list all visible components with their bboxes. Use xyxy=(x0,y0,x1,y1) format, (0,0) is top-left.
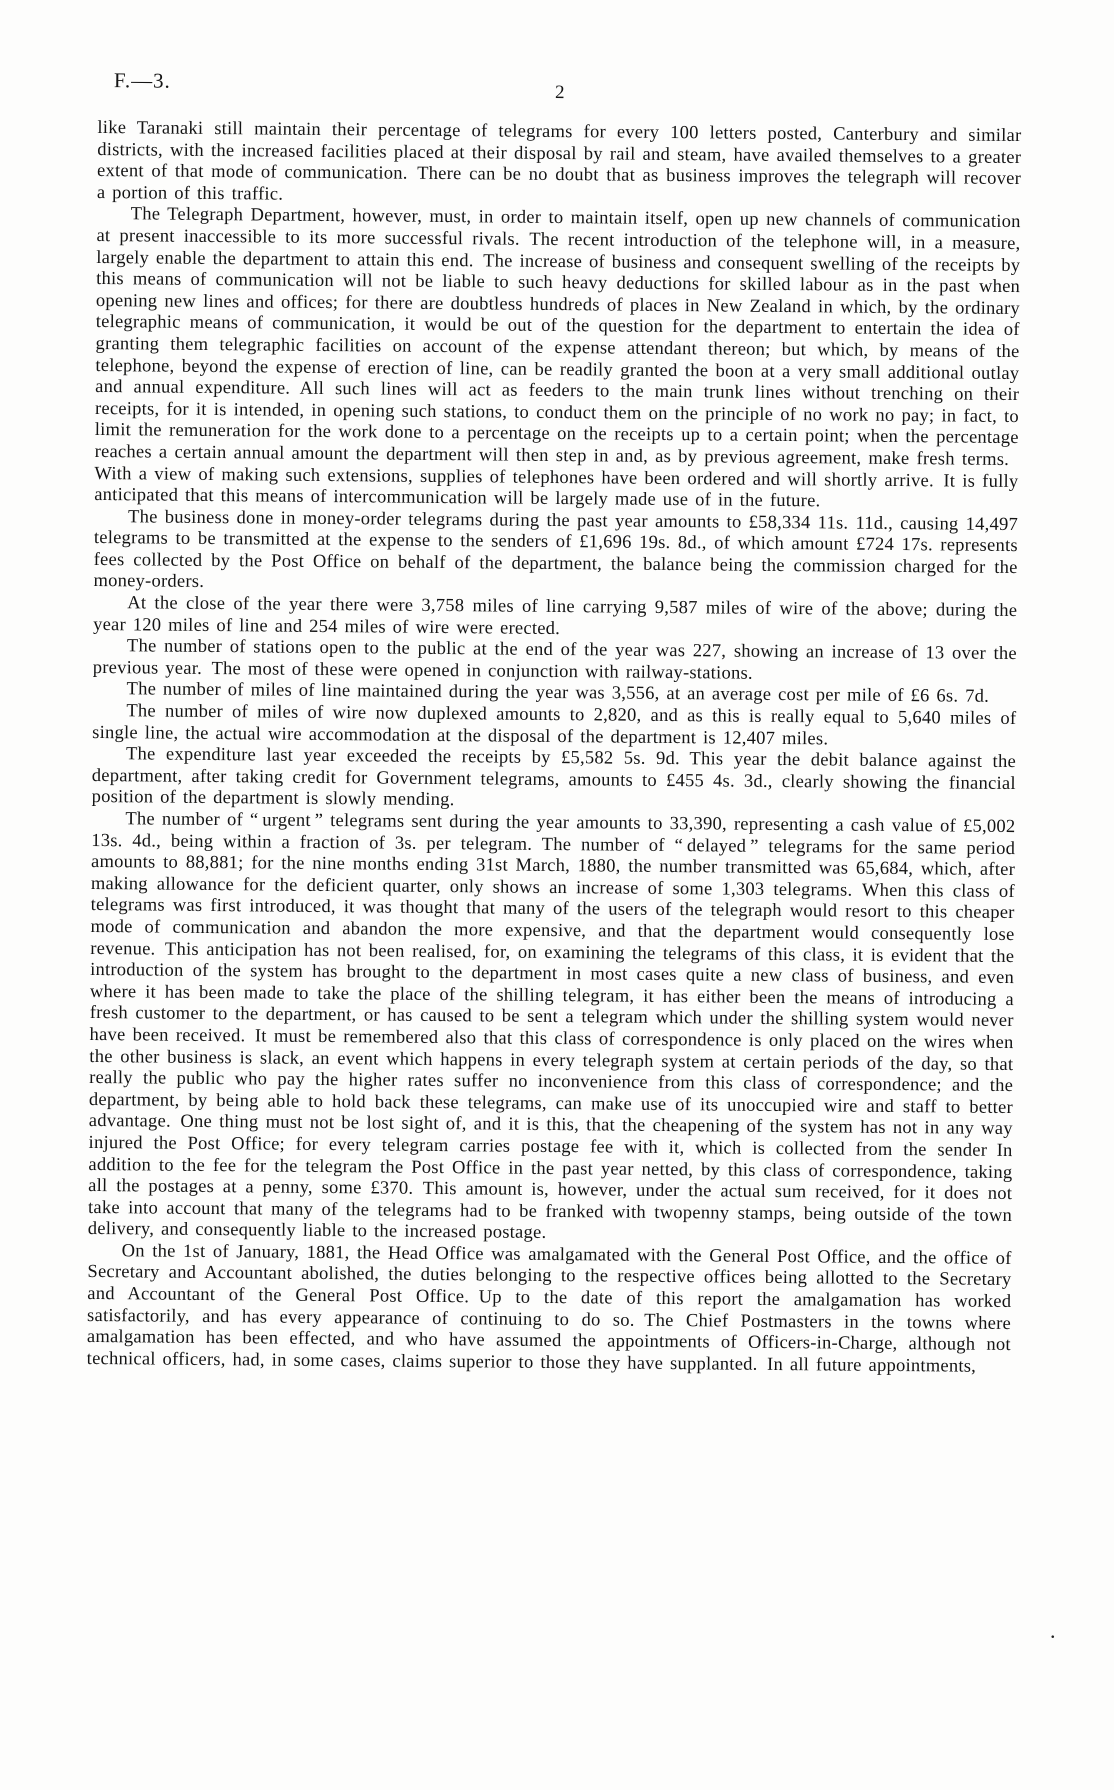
paragraph-expenditure: The expenditure last year exceeded the r… xyxy=(92,744,1017,817)
page-header: F.—3. 2 xyxy=(98,66,1022,126)
page-content: F.—3. 2 like Taranaki still maintain the… xyxy=(87,66,1022,1378)
document-page: F.—3. 2 like Taranaki still maintain the… xyxy=(0,0,1114,1790)
paragraph-telegraph-department: The Telegraph Department, however, must,… xyxy=(94,204,1021,514)
document-body: like Taranaki still maintain their perce… xyxy=(87,118,1022,1378)
paragraph-continuation: like Taranaki still maintain their perce… xyxy=(97,118,1022,212)
paragraph-head-office-amalgamation: On the 1st of January, 1881, the Head Of… xyxy=(87,1241,1012,1379)
ink-spot-artifact: . xyxy=(1050,1618,1056,1644)
page-number: 2 xyxy=(98,78,1022,108)
paragraph-urgent-telegrams: The number of “ urgent ” telegrams sent … xyxy=(88,809,1016,1249)
paragraph-money-order-telegrams: The business done in money-order telegra… xyxy=(93,507,1018,601)
